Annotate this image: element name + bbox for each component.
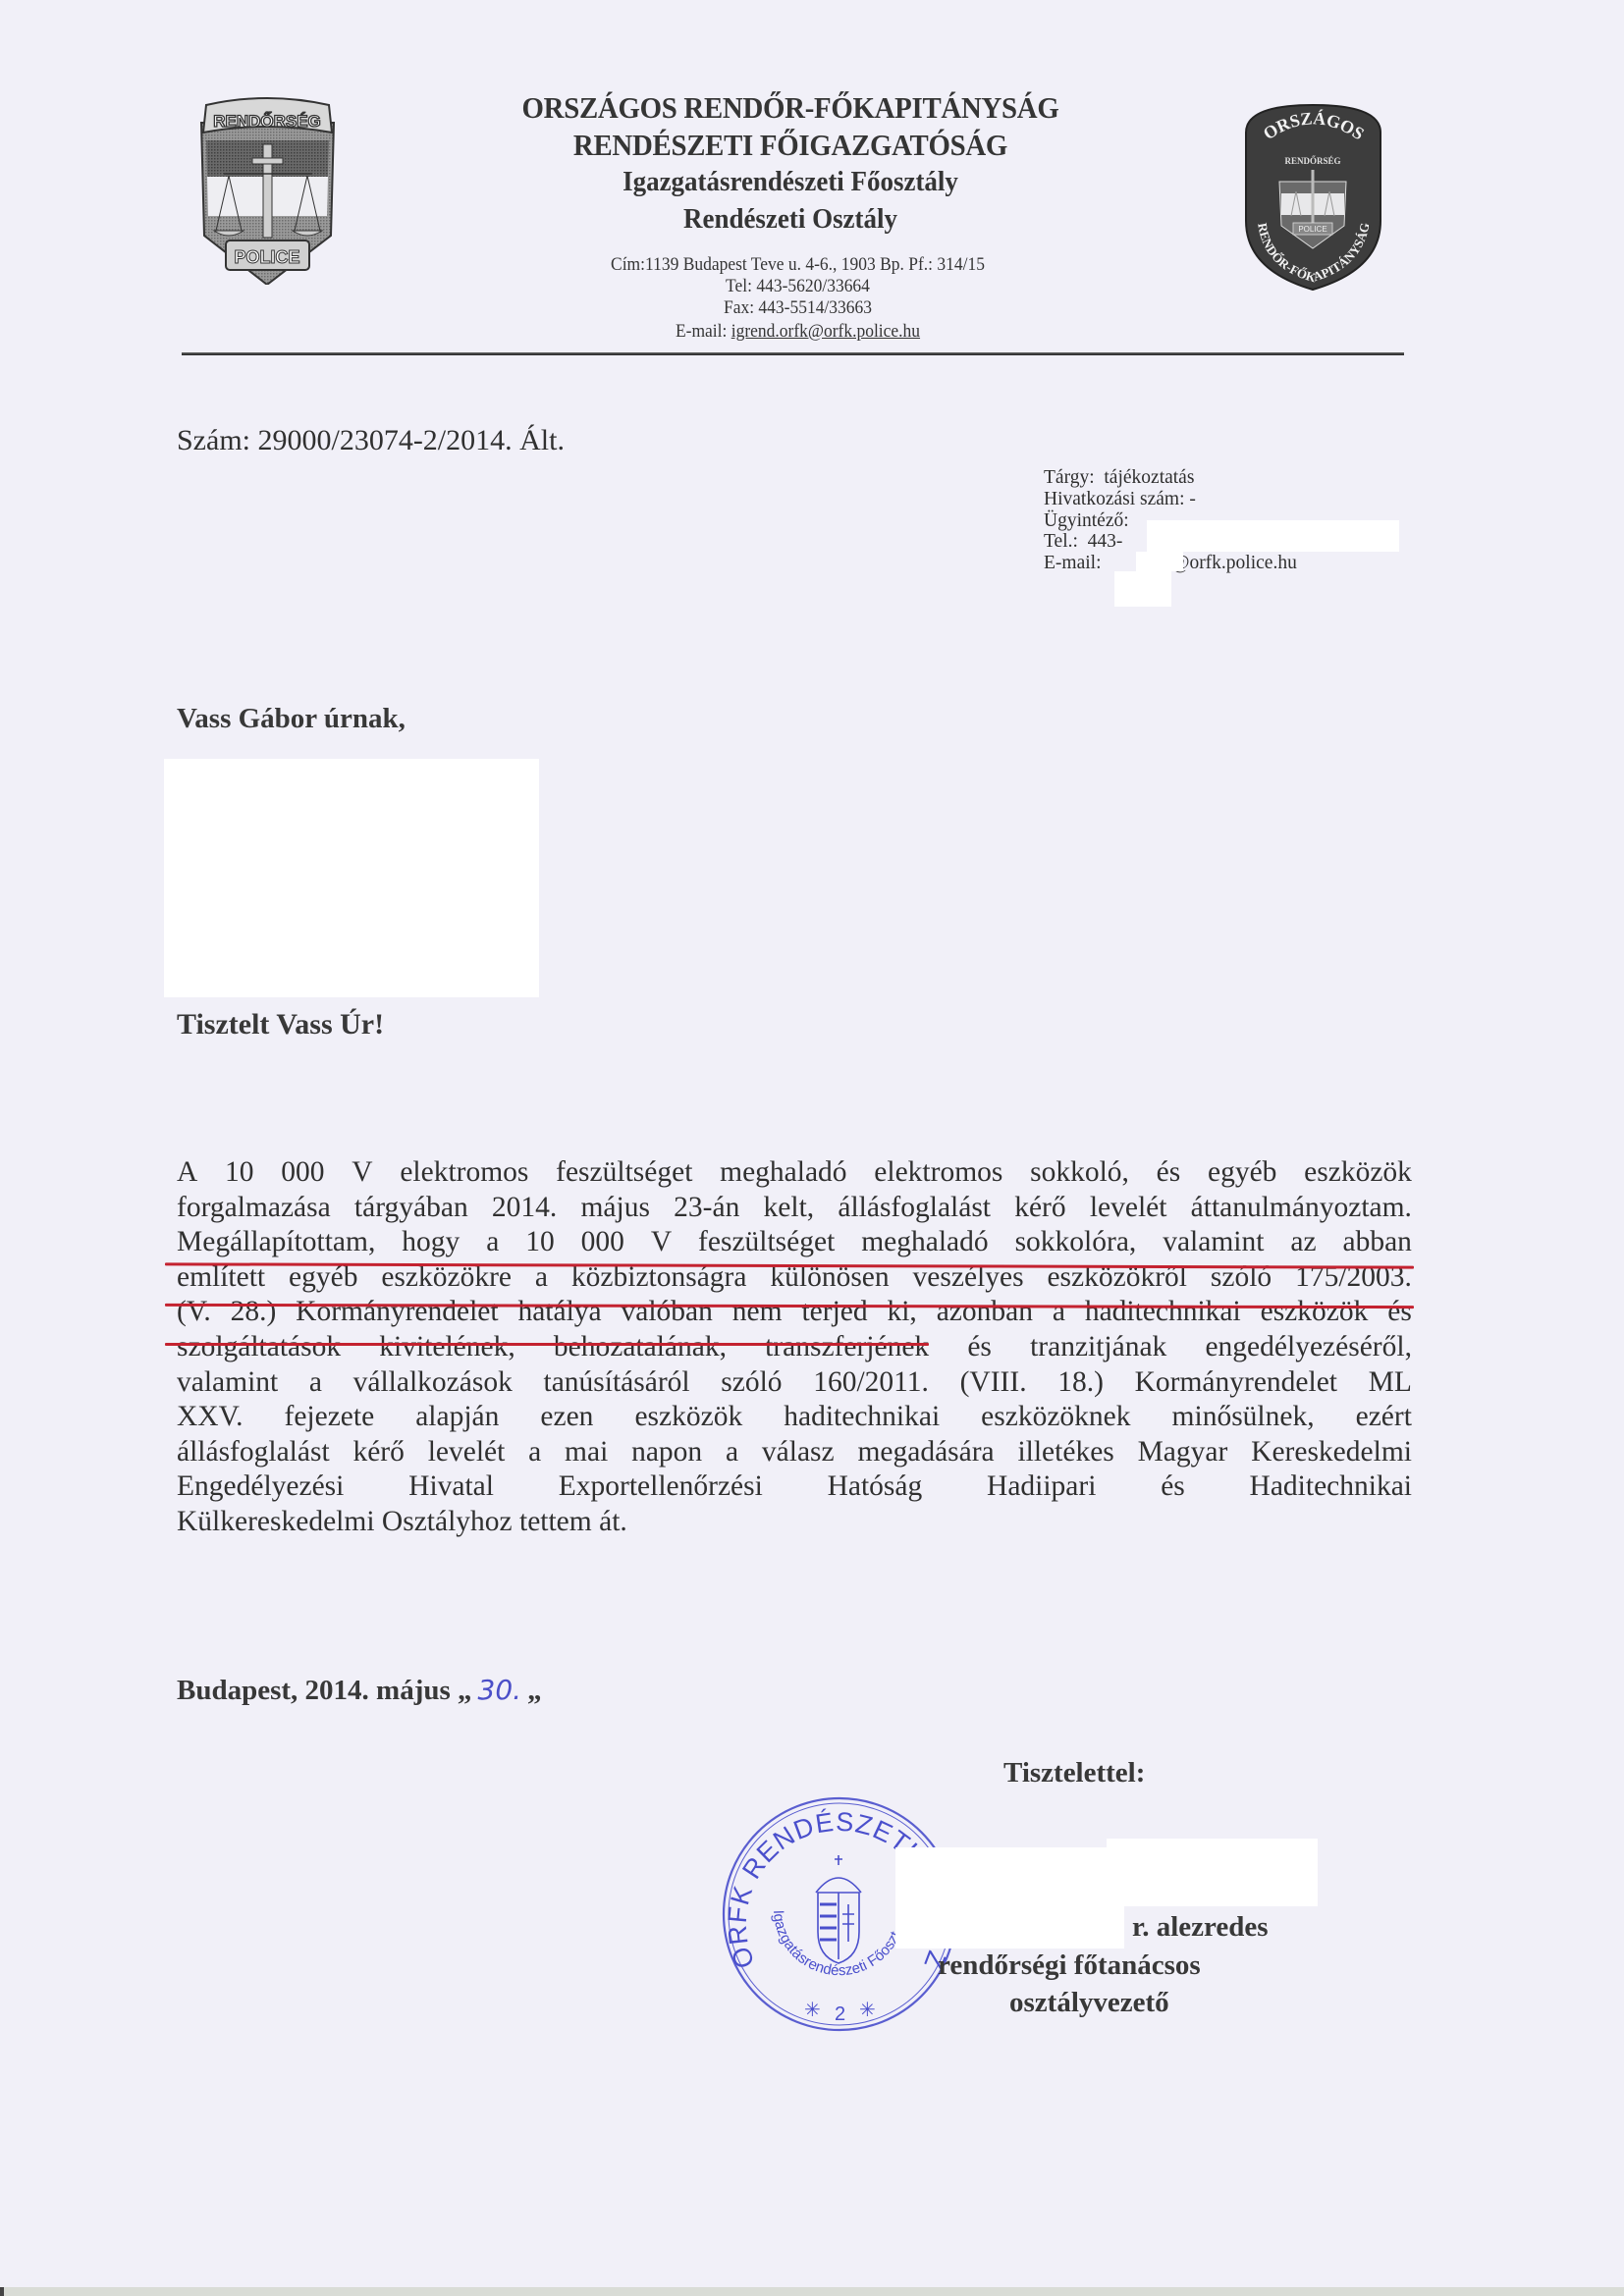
reference-number: Szám: 29000/23074-2/2014. Ált.: [177, 424, 565, 457]
body-word: V: [651, 1225, 672, 1260]
body-word: hatálya: [517, 1295, 601, 1330]
body-word: (VIII.: [960, 1365, 1027, 1401]
body-word: és: [1161, 1469, 1185, 1505]
body-word: azonban: [937, 1295, 1033, 1330]
redaction-address: [164, 759, 539, 997]
body-word: tanúsításáról: [544, 1365, 690, 1401]
header-address: Cím:1139 Budapest Teve u. 4-6., 1903 Bp.…: [425, 254, 1170, 276]
body-word: Kormányrendelet: [1135, 1365, 1337, 1401]
org-name: ORSZÁGOS RENDŐR-FŐKAPITÁNYSÁG: [420, 90, 1160, 126]
body-word: mai: [565, 1435, 608, 1470]
body-word: hogy: [402, 1225, 460, 1260]
body-word: vállalkozások: [353, 1365, 513, 1401]
body-word: kérő: [1014, 1191, 1065, 1226]
closing: Tisztelettel:: [1003, 1757, 1145, 1789]
body-word: 000: [581, 1225, 624, 1260]
body-line: A10000Velektromosfeszültségetmeghaladóel…: [177, 1155, 1412, 1191]
body-word: a: [726, 1435, 738, 1470]
body-word: kelt,: [764, 1191, 815, 1226]
body-word: és: [1157, 1155, 1181, 1191]
body-word: ki,: [887, 1295, 916, 1330]
body-word: haditechnikai: [1085, 1295, 1241, 1330]
header-email-link[interactable]: igrend.orfk@orfk.police.hu: [731, 321, 920, 342]
svg-text:RENDŐRSÉG: RENDŐRSÉG: [1284, 156, 1340, 166]
body-word: ezért: [1356, 1400, 1412, 1435]
body-word: XXV.: [177, 1400, 243, 1435]
letter-body: A10000Velektromosfeszültségetmeghaladóel…: [177, 1155, 1412, 1540]
body-line: valamintavállalkozásoktanúsításárólszóló…: [177, 1365, 1412, 1401]
body-line: EngedélyezésiHivatalExportellenőrzésiHat…: [177, 1469, 1412, 1505]
body-word: behozatalának,: [554, 1330, 727, 1365]
salutation: Tisztelt Vass Úr!: [177, 1008, 384, 1041]
redaction-signer-name: [895, 1847, 1124, 1949]
header-fax: Fax: 443-5514/33663: [425, 297, 1170, 319]
division-name: Rendészeti Osztály: [420, 203, 1160, 236]
header-tel: Tel: 443-5620/33664: [425, 276, 1170, 297]
signer-title: rendőrségi főtanácsos: [938, 1949, 1201, 1982]
scan-edge-corner: [0, 2287, 4, 2296]
body-word: napon: [631, 1435, 702, 1470]
body-line: állásfoglalástkérőlevelétamainaponaválas…: [177, 1435, 1412, 1470]
body-word: Hadiipari: [987, 1469, 1096, 1505]
body-word: a: [309, 1365, 322, 1401]
redaction-signature: [1107, 1839, 1318, 1906]
national-police-emblem-icon: ORSZÁGOS RENDŐR-FŐKAPITÁNYSÁG RENDŐRSÉG …: [1242, 103, 1384, 292]
body-word: az: [1290, 1225, 1316, 1260]
body-line: szolgáltatásokkivitelének,behozatalának,…: [177, 1330, 1412, 1365]
body-word: Magyar: [1138, 1435, 1228, 1470]
body-word: át.: [592, 1505, 627, 1540]
body-word: a: [1053, 1295, 1065, 1330]
body-word: illetékes: [1017, 1435, 1113, 1470]
body-word: elektromos: [400, 1155, 528, 1191]
body-word: Hivatal: [408, 1469, 494, 1505]
handwritten-day: 30.: [478, 1674, 522, 1706]
body-word: sokkolóra,: [1015, 1225, 1137, 1260]
body-word: Megállapítottam,: [177, 1225, 375, 1260]
body-word: 160/2011.: [813, 1365, 929, 1401]
body-word: Haditechnikai: [1250, 1469, 1412, 1505]
body-word: állásfoglalást: [177, 1435, 330, 1470]
directorate-name: RENDÉSZETI FŐIGAZGATÓSÁG: [420, 128, 1160, 163]
body-word: eszközök: [634, 1400, 742, 1435]
body-line: Külkereskedelmi Osztályhoz tettem át.: [177, 1505, 1412, 1540]
body-word: kérő: [352, 1435, 404, 1470]
body-word: megadására: [857, 1435, 994, 1470]
body-word: valóban: [622, 1295, 713, 1330]
body-word: válasz: [762, 1435, 835, 1470]
body-word: sokkoló,: [1030, 1155, 1129, 1191]
body-word: Kereskedelmi: [1251, 1435, 1412, 1470]
body-word: levelét: [1090, 1191, 1167, 1226]
email-domain: @orfk.police.hu: [1171, 553, 1296, 573]
hungarian-coat-of-arms-icon: [816, 1855, 861, 1963]
body-word: abban: [1342, 1225, 1411, 1260]
svg-text:✳: ✳: [859, 2000, 876, 2021]
body-word: V: [352, 1155, 372, 1191]
body-word: tárgyában: [354, 1191, 468, 1226]
body-word: terjed: [801, 1295, 867, 1330]
svg-text:RENDŐRSÉG: RENDŐRSÉG: [213, 112, 321, 131]
body-word: és: [1387, 1295, 1412, 1330]
subject-row: Tárgy: tájékoztatás: [1044, 467, 1297, 489]
body-word: május: [580, 1191, 649, 1226]
body-line: XXV.fejezetealapjánezeneszközökhaditechn…: [177, 1400, 1412, 1435]
body-word: tettem: [513, 1505, 592, 1540]
body-word: ML: [1369, 1365, 1412, 1401]
department-name: Igazgatásrendészeti Főosztály: [420, 166, 1160, 198]
date-line: Budapest, 2014. május „30.„: [177, 1674, 542, 1707]
body-word: meghaladó: [720, 1155, 846, 1191]
subject-value: tájékoztatás: [1104, 467, 1194, 488]
body-word: 2014.: [492, 1191, 557, 1226]
header-email-line: E-mail: igrend.orfk@orfk.police.hu: [425, 321, 1170, 343]
body-word: Kormányrendelet: [296, 1295, 498, 1330]
body-word: valamint: [1163, 1225, 1264, 1260]
body-word: kivitelének,: [379, 1330, 514, 1365]
body-word: Exportellenőrzési: [559, 1469, 763, 1505]
body-word: levelét: [428, 1435, 506, 1470]
body-word: Engedélyezési: [177, 1469, 344, 1505]
body-word: (V.: [177, 1295, 211, 1330]
body-word: 10: [225, 1155, 254, 1191]
redaction-case-officer: [1147, 520, 1399, 552]
body-word: eszközök: [1304, 1155, 1412, 1191]
body-word: meghaladó: [861, 1225, 988, 1260]
svg-text:✳: ✳: [804, 2000, 821, 2021]
header-divider: [182, 352, 1404, 355]
body-word: 18.): [1057, 1365, 1104, 1401]
body-line: forgalmazásatárgyában2014.május23-ánkelt…: [177, 1191, 1412, 1226]
body-line: (V.28.)Kormányrendelethatályavalóbannemt…: [177, 1295, 1412, 1330]
police-badge-icon: RENDŐRSÉG POLICE: [196, 93, 339, 285]
svg-text:2: 2: [835, 2003, 845, 2025]
body-word: minősülnek,: [1172, 1400, 1315, 1435]
body-word: Külkereskedelmi: [177, 1505, 375, 1540]
body-word: engedélyezéséről,: [1205, 1330, 1411, 1365]
body-word: a: [486, 1225, 499, 1260]
body-word: forgalmazása: [177, 1191, 331, 1226]
svg-text:POLICE: POLICE: [234, 247, 299, 267]
header-email-label: E-mail:: [676, 321, 731, 342]
body-word: említett: [177, 1260, 265, 1296]
redaction-email: [1114, 571, 1171, 607]
signer-rank: r. alezredes: [1132, 1911, 1269, 1944]
body-word: ezen: [540, 1400, 593, 1435]
redaction-tel: [1136, 552, 1183, 571]
signer-position: osztályvezető: [1009, 1987, 1169, 2019]
body-word: egyéb: [1208, 1155, 1276, 1191]
body-word: 10: [525, 1225, 555, 1260]
body-word: fejezete: [285, 1400, 375, 1435]
body-word: áttanulmányoztam.: [1191, 1191, 1412, 1226]
body-word: szolgáltatások: [177, 1330, 341, 1365]
body-word: haditechnikai: [784, 1400, 940, 1435]
body-word: állásfoglalást: [838, 1191, 991, 1226]
body-word: feszültséget: [698, 1225, 835, 1260]
highlight-underline: [165, 1343, 929, 1346]
body-word: 28.): [231, 1295, 277, 1330]
body-word: valamint: [177, 1365, 278, 1401]
reference-row: Hivatkozási szám: -: [1044, 489, 1297, 510]
body-word: 000: [281, 1155, 324, 1191]
body-word: a: [528, 1435, 541, 1470]
body-word: 23-án: [674, 1191, 739, 1226]
body-word: alapján: [415, 1400, 499, 1435]
body-word: Hatóság: [828, 1469, 923, 1505]
scan-edge: [0, 2287, 1624, 2296]
body-word: transzferjének: [765, 1330, 929, 1365]
svg-text:POLICE: POLICE: [1298, 225, 1326, 234]
body-word: A: [177, 1155, 197, 1191]
body-word: szóló: [721, 1365, 782, 1401]
body-line: Megállapítottam,hogya10000Vfeszültségetm…: [177, 1225, 1412, 1260]
body-word: nem: [732, 1295, 783, 1330]
body-word: tranzitjának: [1030, 1330, 1166, 1365]
body-word: eszközöknek: [981, 1400, 1130, 1435]
body-word: feszültséget: [556, 1155, 692, 1191]
addressee: Vass Gábor úrnak,: [177, 703, 406, 735]
body-word: elektromos: [874, 1155, 1002, 1191]
body-word: eszközök: [1261, 1295, 1369, 1330]
body-word: Osztályhoz: [375, 1505, 513, 1540]
body-word: és: [967, 1330, 992, 1365]
